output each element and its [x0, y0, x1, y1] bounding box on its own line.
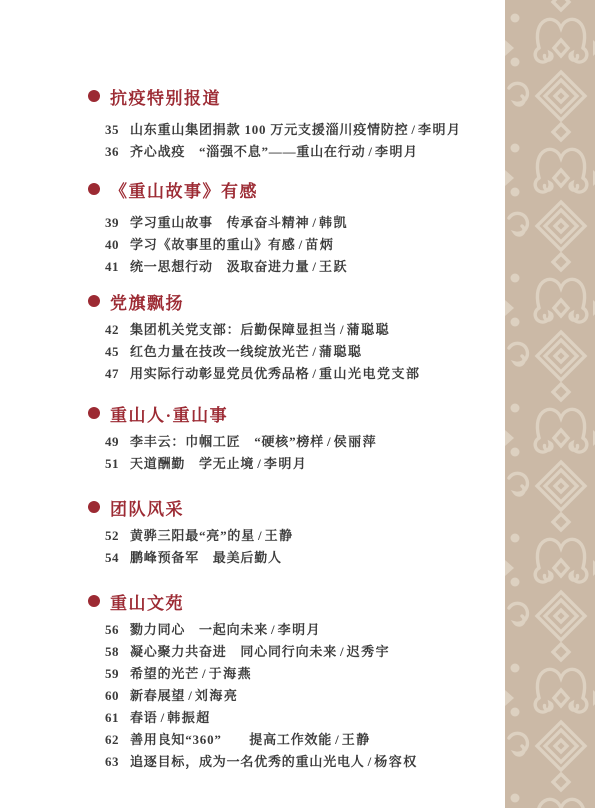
entry-page-number: 62	[105, 729, 130, 751]
entry-author: 李明月	[418, 119, 462, 141]
entry-author: 刘海亮	[195, 685, 239, 707]
section-heading: 党旗飘扬	[88, 291, 498, 311]
entry-page-number: 58	[105, 641, 130, 663]
toc-entry: 40 学习《故事里的重山》有感 / 苗炳	[105, 234, 498, 256]
entry-page-number: 60	[105, 685, 130, 707]
entry-separator: /	[335, 729, 339, 751]
section-title: 抗疫特别报道	[110, 84, 221, 109]
damask-pattern-icon	[505, 0, 595, 808]
bullet-icon	[88, 501, 100, 513]
bullet-icon	[88, 183, 100, 195]
entry-page-number: 41	[105, 256, 130, 278]
entry-author: 王静	[265, 525, 294, 547]
entry-separator: /	[161, 707, 165, 729]
entry-page-number: 61	[105, 707, 130, 729]
entry-author: 李明月	[264, 453, 308, 475]
entry-separator: /	[312, 256, 316, 278]
bullet-icon	[88, 595, 100, 607]
toc-section: 抗疫特别报道 35 山东重山集团捐款 100 万元支援淄川疫情防控 / 李明月 …	[88, 86, 498, 163]
toc-section: 重山人·重山事 49 李丰云：巾帼工匠 “硬核”榜样 / 侯丽萍 51 天道酬勤…	[88, 403, 498, 475]
section-title: 团队风采	[110, 495, 184, 520]
toc-entry: 35 山东重山集团捐款 100 万元支援淄川疫情防控 / 李明月	[105, 119, 498, 141]
entry-page-number: 56	[105, 619, 130, 641]
entry-page-number: 39	[105, 212, 130, 234]
entry-title: 勠力同心 一起向未来	[130, 619, 268, 641]
toc-section: 重山文苑 56 勠力同心 一起向未来 / 李明月 58 凝心聚力共奋进 同心同行…	[88, 591, 498, 773]
entry-page-number: 35	[105, 119, 130, 141]
bullet-icon	[88, 407, 100, 419]
entry-title: 新春展望	[130, 685, 185, 707]
damask-pattern-strip	[505, 0, 595, 808]
entry-author: 王跃	[319, 256, 348, 278]
entry-separator: /	[312, 212, 316, 234]
entry-title: 春语	[130, 707, 158, 729]
entry-separator: /	[312, 341, 316, 363]
section-heading: 重山文苑	[88, 591, 498, 611]
entry-separator: /	[411, 119, 415, 141]
entry-separator: /	[368, 141, 372, 163]
entry-separator: /	[188, 685, 192, 707]
entry-author: 重山光电党支部	[319, 363, 421, 385]
entry-author: 韩振超	[167, 707, 211, 729]
entry-page-number: 42	[105, 319, 130, 341]
toc-entry: 45 红色力量在技改一线绽放光芒 / 蒲聪聪	[105, 341, 498, 363]
entry-page-number: 49	[105, 431, 130, 453]
entry-author: 侯丽萍	[334, 431, 378, 453]
entry-title: 山东重山集团捐款 100 万元支援淄川疫情防控	[130, 119, 408, 141]
toc-entry: 63 追逐目标，成为一名优秀的重山光电人 / 杨容权	[105, 751, 498, 773]
entry-page-number: 40	[105, 234, 130, 256]
entry-author: 李明月	[278, 619, 322, 641]
entry-separator: /	[312, 363, 316, 385]
entry-title: 统一思想行动 汲取奋进力量	[130, 256, 309, 278]
section-entries: 52 黄骅三阳最“亮”的星 / 王静 54 鹏峰预备军 最美后勤人	[88, 525, 498, 569]
entry-title: 齐心战疫 “淄强不息”——重山在行动	[130, 141, 365, 163]
entry-author: 于海燕	[209, 663, 253, 685]
entry-title: 凝心聚力共奋进 同心同行向未来	[130, 641, 337, 663]
toc-entry: 56 勠力同心 一起向未来 / 李明月	[105, 619, 498, 641]
entry-separator: /	[258, 525, 262, 547]
entry-title: 红色力量在技改一线绽放光芒	[130, 341, 309, 363]
entry-title: 集团机关党支部：后勤保障显担当	[130, 319, 337, 341]
entry-separator: /	[340, 319, 344, 341]
entry-title: 学习重山故事 传承奋斗精神	[130, 212, 309, 234]
entry-title: 追逐目标，成为一名优秀的重山光电人	[130, 751, 365, 773]
toc-entry: 51 天道酬勤 学无止境 / 李明月	[105, 453, 498, 475]
entry-separator: /	[340, 641, 344, 663]
toc-entry: 54 鹏峰预备军 最美后勤人	[105, 547, 498, 569]
entry-page-number: 63	[105, 751, 130, 773]
toc-section: 党旗飘扬 42 集团机关党支部：后勤保障显担当 / 蒲聪聪 45 红色力量在技改…	[88, 291, 498, 385]
entry-title: 希望的光芒	[130, 663, 199, 685]
section-heading: 抗疫特别报道	[88, 86, 498, 106]
toc-entry: 52 黄骅三阳最“亮”的星 / 王静	[105, 525, 498, 547]
entry-title: 黄骅三阳最“亮”的星	[130, 525, 255, 547]
entry-page-number: 52	[105, 525, 130, 547]
entry-separator: /	[271, 619, 275, 641]
entry-separator: /	[299, 234, 303, 256]
toc-entry: 36 齐心战疫 “淄强不息”——重山在行动 / 李明月	[105, 141, 498, 163]
section-heading: 团队风采	[88, 497, 498, 517]
bullet-icon	[88, 90, 100, 102]
entry-title: 李丰云：巾帼工匠 “硬核”榜样	[130, 431, 324, 453]
entry-author: 杨容权	[374, 751, 418, 773]
entry-title: 学习《故事里的重山》有感	[130, 234, 296, 256]
toc-entry: 49 李丰云：巾帼工匠 “硬核”榜样 / 侯丽萍	[105, 431, 498, 453]
toc-entry: 58 凝心聚力共奋进 同心同行向未来 / 迟秀宇	[105, 641, 498, 663]
toc-entry: 42 集团机关党支部：后勤保障显担当 / 蒲聪聪	[105, 319, 498, 341]
section-title: 《重山故事》有感	[110, 177, 258, 202]
entry-author: 蒲聪聪	[319, 341, 363, 363]
entry-author: 李明月	[375, 141, 419, 163]
toc-section: 《重山故事》有感 39 学习重山故事 传承奋斗精神 / 韩凯 40 学习《故事里…	[88, 179, 498, 278]
entry-page-number: 45	[105, 341, 130, 363]
section-heading: 《重山故事》有感	[88, 179, 498, 199]
toc-entry: 41 统一思想行动 汲取奋进力量 / 王跃	[105, 256, 498, 278]
entry-page-number: 59	[105, 663, 130, 685]
entry-title: 用实际行动彰显党员优秀品格	[130, 363, 309, 385]
toc-entry: 60 新春展望 / 刘海亮	[105, 685, 498, 707]
section-entries: 35 山东重山集团捐款 100 万元支援淄川疫情防控 / 李明月 36 齐心战疫…	[88, 119, 498, 163]
entry-author: 蒲聪聪	[347, 319, 391, 341]
toc-entry: 47 用实际行动彰显党员优秀品格 / 重山光电党支部	[105, 363, 498, 385]
section-entries: 39 学习重山故事 传承奋斗精神 / 韩凯 40 学习《故事里的重山》有感 / …	[88, 212, 498, 278]
section-entries: 49 李丰云：巾帼工匠 “硬核”榜样 / 侯丽萍 51 天道酬勤 学无止境 / …	[88, 431, 498, 475]
section-title: 重山文苑	[110, 589, 184, 614]
entry-author: 韩凯	[319, 212, 348, 234]
bullet-icon	[88, 295, 100, 307]
entry-page-number: 51	[105, 453, 130, 475]
entry-author: 王静	[342, 729, 371, 751]
entry-author: 迟秀宇	[347, 641, 391, 663]
entry-separator: /	[368, 751, 372, 773]
toc-entry: 59 希望的光芒 / 于海燕	[105, 663, 498, 685]
entry-page-number: 47	[105, 363, 130, 385]
entry-title: 天道酬勤 学无止境	[130, 453, 254, 475]
entry-title: 鹏峰预备军 最美后勤人	[130, 547, 282, 569]
section-entries: 42 集团机关党支部：后勤保障显担当 / 蒲聪聪 45 红色力量在技改一线绽放光…	[88, 319, 498, 385]
toc-entry: 39 学习重山故事 传承奋斗精神 / 韩凯	[105, 212, 498, 234]
toc-section: 团队风采 52 黄骅三阳最“亮”的星 / 王静 54 鹏峰预备军 最美后勤人	[88, 497, 498, 569]
toc-entry: 61 春语 / 韩振超	[105, 707, 498, 729]
section-heading: 重山人·重山事	[88, 403, 498, 423]
entry-title: 善用良知“360” 提高工作效能	[130, 729, 332, 751]
entry-separator: /	[327, 431, 331, 453]
section-entries: 56 勠力同心 一起向未来 / 李明月 58 凝心聚力共奋进 同心同行向未来 /…	[88, 619, 498, 773]
entry-author: 苗炳	[305, 234, 334, 256]
entry-separator: /	[257, 453, 261, 475]
entry-page-number: 36	[105, 141, 130, 163]
section-title: 党旗飘扬	[110, 289, 184, 314]
entry-page-number: 54	[105, 547, 130, 569]
entry-separator: /	[202, 663, 206, 685]
toc-entry: 62 善用良知“360” 提高工作效能 / 王静	[105, 729, 498, 751]
section-title: 重山人·重山事	[110, 401, 228, 426]
